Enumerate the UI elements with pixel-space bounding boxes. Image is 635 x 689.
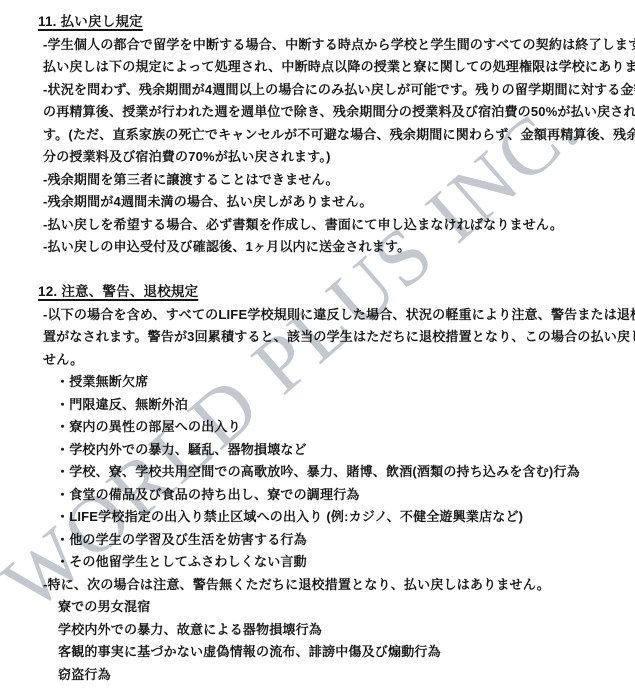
text-line: -状況を問わず、残余期間が4週間以上の場合にのみ払い戻しが可能です。残りの留学期… [43,79,629,102]
text-line: の再精算後、授業が行われた週を週単位で除き、残余期間分の授業料及び宿泊費の50%… [43,101,629,124]
text-line: -学生個人の都合で留学を中断する場合、中断する時点から学校と学生間のすべての契約… [43,34,629,57]
bullet-item: ・授業無断欠席 [43,371,629,394]
document-page: WORLD PLUS INC. 11. 払い戻し規定 -学生個人の都合で留学を中… [0,0,635,689]
document-content: 11. 払い戻し規定 -学生個人の都合で留学を中断する場合、中断する時点から学校… [0,0,635,689]
bullet-item: ・LIFE学校指定の出入り禁止区域への出入り (例:カジノ、不健全遊興業店など) [43,506,629,529]
section-warning-expulsion: 12. 注意、警告、退校規定 -以下の場合を含め、すべてのLIFE学校規則に違反… [43,281,629,686]
sub-item: 客観的事実に基づかない虚偽情報の流布、誹謗中傷及び煽動行為 [43,641,629,664]
bullet-item: ・寮内の異性の部屋への出入り [43,416,629,439]
bullet-item: ・その他留学生としてふさわしくない言動 [43,551,629,574]
bullet-item: ・門限違反、無断外泊 [43,394,629,417]
text-line: 分の授業料及び宿泊費の70%が払い戻されます。) [43,146,629,169]
text-line: 払い戻しは下の規定によって処理され、中断時点以降の授業と寮に関しての処理権限は学… [43,56,629,79]
text-line: せん。 [43,349,629,372]
sub-item: 寮での男女混宿 [43,596,629,619]
bullet-item: ・学校、寮、学校共用空間での高歌放吟、暴力、賭博、飲酒(酒類の持ち込みを含む)行… [43,461,629,484]
note-line: -特に、次の場合は注意、警告無くただちに退校措置となり、払い戻しはありません。 [43,574,629,597]
text-line: す。(ただ、直系家族の死亡でキャンセルが不可避な場合、残余期間に関わらず、金額再… [43,124,629,147]
text-line: -残余期間が4週間未満の場合、払い戻しがありません。 [43,191,629,214]
text-line: -払い戻しの申込受付及び確認後、1ヶ月以内に送金されます。 [43,236,629,259]
text-line: -払い戻しを希望する場合、必ず書類を作成し、書面にて申し込まなければなりません。 [43,214,629,237]
bullet-item: ・他の学生の学習及び生活を妨害する行為 [43,529,629,552]
section-12-heading: 12. 注意、警告、退校規定 [38,281,629,304]
section-refund-policy: 11. 払い戻し規定 -学生個人の都合で留学を中断する場合、中断する時点から学校… [43,11,629,259]
sub-item: 学校内外での暴力、故意による器物損壊行為 [43,619,629,642]
text-line: -残余期間を第三者に譲渡することはできません。 [43,169,629,192]
bullet-item: ・学校内外での暴力、騒乱、器物損壊など [43,439,629,462]
text-line: 置がなされます。警告が3回累積すると、該当の学生はただちに退校措置となり、この場… [43,326,629,349]
text-line: -以下の場合を含め、すべてのLIFE学校規則に違反した場合、状況の軽重により注意… [43,304,629,327]
bullet-item: ・食堂の備品及び食品の持ち出し、寮での調理行為 [43,484,629,507]
section-11-heading: 11. 払い戻し規定 [38,11,629,34]
blank-line [43,259,629,282]
sub-item: 窃盗行為 [43,664,629,687]
